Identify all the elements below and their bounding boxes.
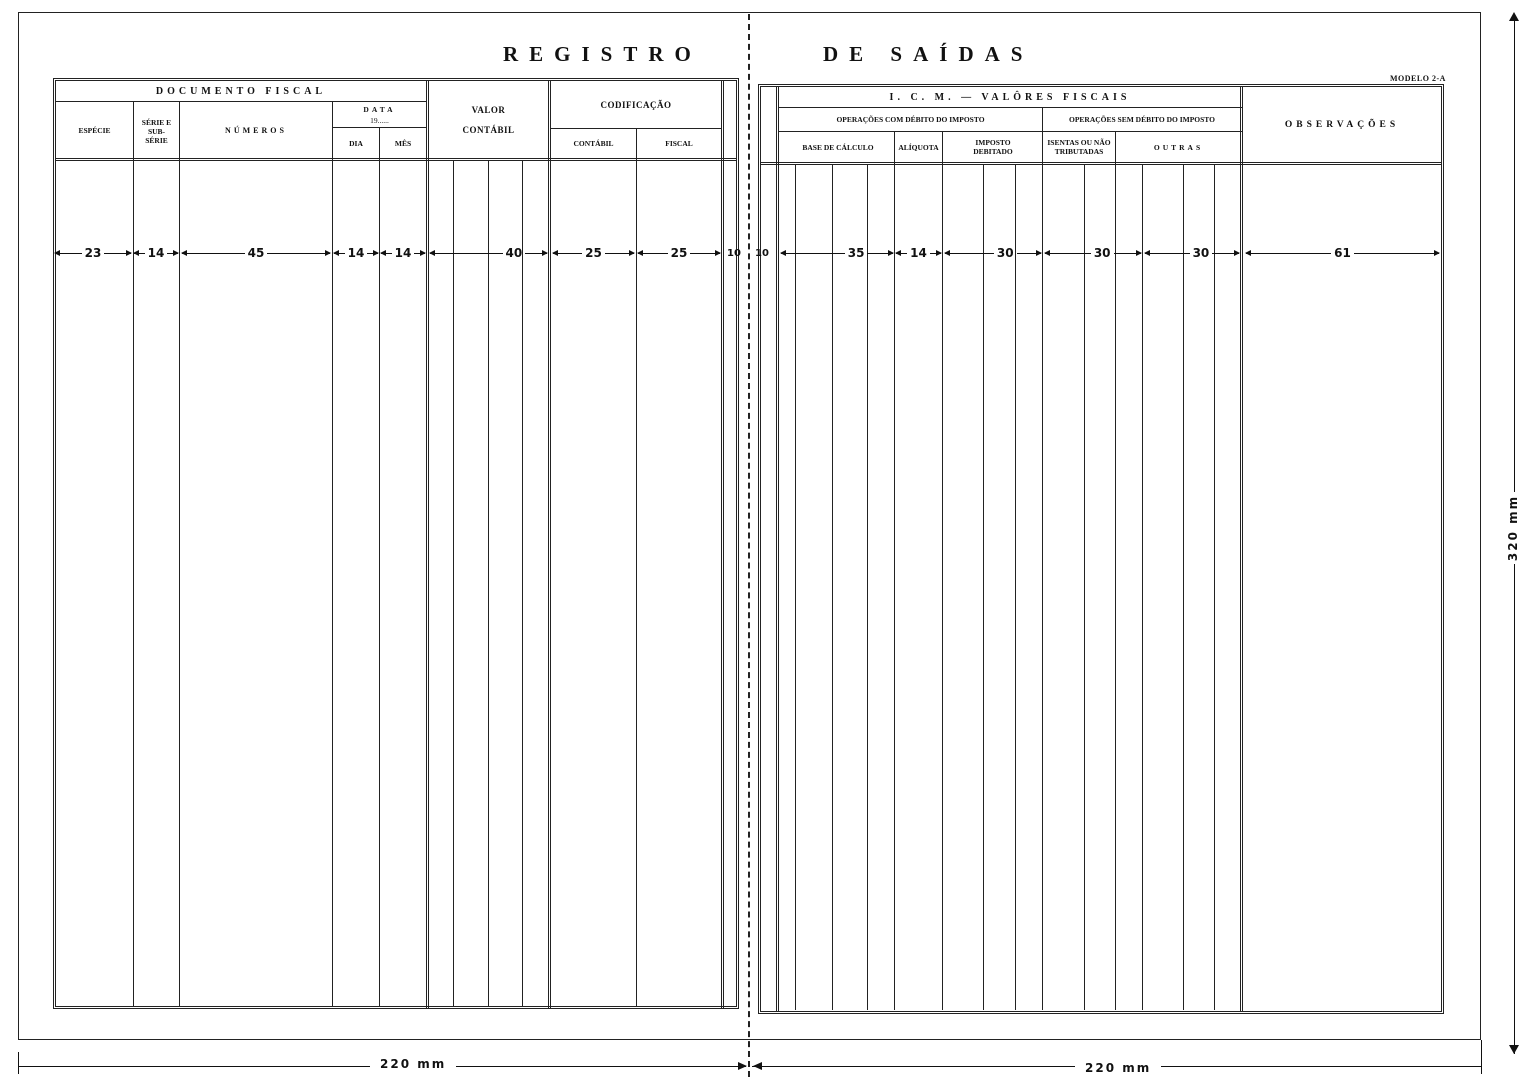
col-line xyxy=(867,164,868,1010)
width-left-label: 220 mm xyxy=(370,1057,456,1071)
col-line xyxy=(636,128,637,1006)
header-observacoes: OBSERVAÇÕES xyxy=(1243,88,1441,162)
header-numeros: NÚMEROS xyxy=(180,102,332,158)
header-isentas: ISENTAS OU NÃO TRIBUTADAS xyxy=(1043,132,1115,162)
col-line xyxy=(133,101,134,1006)
col-line xyxy=(379,128,380,1006)
dim-dia: 14 xyxy=(334,244,378,262)
dim-imposto-debitado: 30 xyxy=(945,244,1041,262)
col-line xyxy=(1015,164,1016,1010)
height-dimension-label: 320 mm xyxy=(1506,492,1522,564)
dim-observacoes: 61 xyxy=(1246,244,1439,262)
header-serie: SÉRIE E SUB-SÉRIE xyxy=(134,104,179,158)
dim-cod-contabil: 25 xyxy=(553,244,634,262)
dim-numeros: 45 xyxy=(182,244,330,262)
width-right-label: 220 mm xyxy=(1075,1061,1161,1075)
col-line xyxy=(1142,164,1143,1010)
col-line xyxy=(1084,164,1085,1010)
col-line xyxy=(548,80,551,1008)
dim-mes: 14 xyxy=(381,244,425,262)
col-line xyxy=(332,101,333,1006)
dim-outras: 30 xyxy=(1145,244,1239,262)
col-line xyxy=(1183,164,1184,1010)
dim-margin-left: 10 xyxy=(724,244,748,262)
header-documento-fiscal: DOCUMENTO FISCAL xyxy=(56,82,426,100)
col-line xyxy=(1214,164,1215,1010)
col-line xyxy=(795,164,796,1010)
header-codificacao: CODIFICAÇÃO xyxy=(551,82,721,128)
arrow-left-icon xyxy=(753,1062,762,1070)
dim-margin-right: 10 xyxy=(752,244,776,262)
col-line xyxy=(1240,86,1243,1012)
arrow-down-icon xyxy=(1509,1045,1519,1054)
fold-line xyxy=(748,14,750,1077)
rule xyxy=(333,127,427,128)
header-mes: MÊS xyxy=(380,129,426,158)
header-divider xyxy=(55,158,737,161)
col-line xyxy=(453,160,454,1006)
col-line xyxy=(942,131,943,1010)
header-cod-fiscal: FISCAL xyxy=(637,129,721,158)
header-outras: OUTRAS xyxy=(1116,132,1241,162)
header-especie: ESPÉCIE xyxy=(56,102,133,158)
col-line xyxy=(522,160,523,1006)
header-sem-debito: OPERAÇÕES SEM DÉBITO DO IMPOSTO xyxy=(1043,108,1241,131)
col-line xyxy=(488,160,489,1006)
arrow-up-icon xyxy=(1509,12,1519,21)
header-icm-valores-fiscais: I. C. M. — VALÔRES FISCAIS xyxy=(779,88,1241,107)
right-ledger-table xyxy=(758,84,1444,1014)
col-line xyxy=(983,164,984,1010)
header-base-calculo: BASE DE CÁLCULO xyxy=(800,132,876,162)
form-title-right: DE SAÍDAS xyxy=(823,42,1033,67)
col-line xyxy=(179,101,180,1006)
header-divider xyxy=(760,162,1442,165)
col-line xyxy=(1115,131,1116,1010)
dim-base-calculo: 35 xyxy=(781,244,893,262)
col-line xyxy=(776,86,779,1012)
header-cod-contabil: CONTÁBIL xyxy=(551,129,636,158)
extension-line xyxy=(1481,1040,1482,1074)
extension-line xyxy=(18,1052,19,1074)
dim-especie: 23 xyxy=(55,244,131,262)
col-line xyxy=(721,80,724,1008)
form-title-left: REGISTRO xyxy=(503,42,702,67)
arrow-right-icon xyxy=(738,1062,747,1070)
col-line xyxy=(894,131,895,1010)
col-line xyxy=(832,164,833,1010)
header-com-debito: OPERAÇÕES COM DÉBITO DO IMPOSTO xyxy=(779,108,1042,131)
dim-isentas: 30 xyxy=(1045,244,1141,262)
header-imposto-debitado: IMPOSTO DEBITADO xyxy=(955,132,1031,162)
header-aliquota: ALÍQUOTA xyxy=(895,132,942,162)
header-data-year: 19...... xyxy=(333,114,426,126)
dim-cod-fiscal: 25 xyxy=(638,244,720,262)
col-line xyxy=(426,80,429,1008)
dim-aliquota: 14 xyxy=(896,244,941,262)
header-valor-contabil: VALOR CONTÁBIL xyxy=(429,82,548,158)
model-label: MODELO 2-A xyxy=(1390,74,1446,83)
dim-valor-contabil: 40 xyxy=(430,244,547,262)
dim-serie: 14 xyxy=(134,244,178,262)
header-data: DATA xyxy=(333,104,426,114)
col-line xyxy=(1042,107,1043,1010)
header-dia: DIA xyxy=(333,129,379,158)
